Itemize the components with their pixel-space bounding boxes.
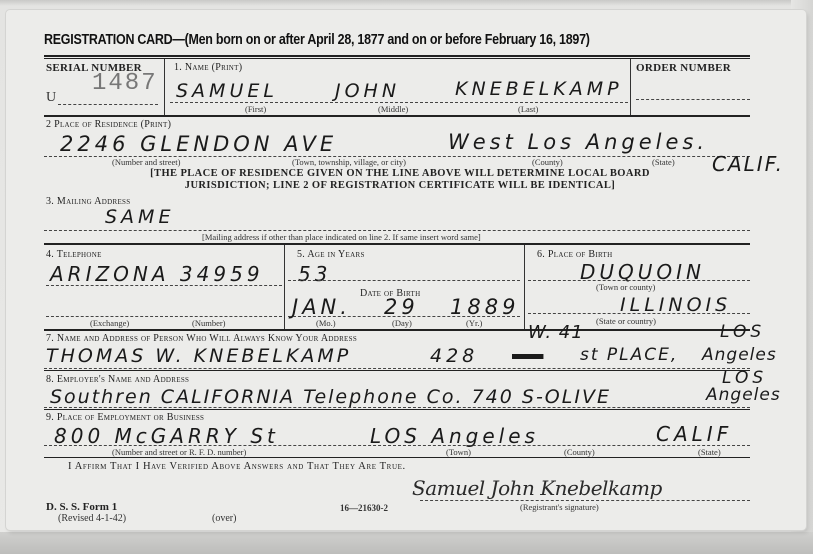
residence-notice-line2: JURISDICTION; LINE 2 OF REGISTRATION CER… (90, 180, 710, 191)
telephone-number-caption: (Number) (192, 318, 226, 328)
contact-label: 7. Name and Address of Person Who Will A… (46, 333, 357, 344)
mailing-value: SAME (105, 206, 174, 228)
telephone-line (46, 285, 282, 286)
name-line (170, 102, 628, 103)
residence-county-caption: (County) (532, 157, 563, 167)
row3-rule (44, 243, 750, 245)
contact-line (44, 368, 750, 369)
telephone-divider (284, 245, 285, 329)
employment-state: CALIF (656, 422, 732, 446)
employment-town-caption: (Town) (446, 447, 471, 457)
birth-town-caption: (Town or county) (596, 282, 655, 292)
employer-value: Southren CALIFORNIA Telephone Co. 740 S-… (50, 386, 611, 408)
name-first-caption: (First) (245, 104, 266, 114)
serial-divider (164, 59, 165, 115)
order-number-field (636, 99, 750, 100)
signature-line (420, 500, 750, 501)
title-rule (44, 55, 750, 57)
contact-city-line2: Angeles (702, 345, 777, 365)
age-line (288, 280, 520, 281)
registrant-signature: Samuel John Knebelkamp (412, 476, 662, 500)
birth-place-label: 6. Place of Birth (537, 249, 612, 260)
employment-state-caption: (State) (698, 447, 721, 457)
mailing-line (44, 230, 750, 231)
employment-line (44, 445, 750, 446)
residence-state-caption: (State) (652, 157, 675, 167)
age-value: 53 (298, 262, 331, 286)
contact-correction: W. 41 (528, 322, 584, 343)
contact-struck-text: ---- (512, 345, 543, 367)
serial-prefix: U (46, 90, 56, 106)
row6-rule (44, 329, 750, 331)
residence-town: West Los Angeles. (448, 130, 708, 154)
serial-number-value: 1487 (92, 70, 158, 97)
form-revised: (Revised 4-1-42) (58, 513, 126, 524)
telephone-label: 4. Telephone (46, 249, 102, 260)
employment-county-caption: (County) (564, 447, 595, 457)
birth-town-line (528, 280, 750, 281)
birth-date-line (288, 316, 520, 317)
name-first: SAMUEL (176, 80, 278, 102)
birth-state-caption: (State or country) (596, 316, 656, 326)
residence-town-caption: (Town, township, village, or city) (292, 157, 406, 167)
residence-street: 2246 GLENDON AVE (60, 132, 337, 156)
form-name: D. S. S. Form 1 (46, 501, 117, 513)
row8-rule (44, 409, 750, 410)
birth-month-caption: (Mo.) (316, 318, 336, 328)
scan-edge-bottom (0, 532, 813, 554)
telephone-value: ARIZONA 34959 (50, 262, 264, 286)
employer-city-line2: Angeles (706, 385, 781, 405)
residence-state: CALIF. (712, 152, 784, 176)
age-divider (524, 245, 525, 329)
affirmation-text: I Affirm That I Have Verified Above Answ… (68, 461, 406, 472)
print-code: 16—21630-2 (340, 503, 388, 513)
name-last-caption: (Last) (518, 104, 538, 114)
signature-caption: (Registrant's signature) (520, 502, 599, 512)
birth-year-caption: (Yr.) (466, 318, 482, 328)
row9-rule (44, 457, 750, 458)
name-label: 1. Name (Print) (174, 62, 242, 73)
contact-name: THOMAS W. KNEBELKAMP (46, 345, 351, 367)
card-title: REGISTRATION CARD—(Men born on or after … (44, 32, 590, 48)
employment-place-label: 9. Place of Employment or Business (46, 412, 204, 423)
name-middle-caption: (Middle) (378, 104, 408, 114)
telephone-line-2 (46, 316, 282, 317)
form-over: (over) (212, 513, 236, 524)
employer-line (44, 407, 750, 408)
residence-notice-line1: [THE PLACE OF RESIDENCE GIVEN ON THE LIN… (90, 168, 710, 179)
contact-house-number: 428 (430, 345, 478, 367)
row1-rule (44, 115, 750, 117)
residence-street-caption: (Number and street) (112, 157, 180, 167)
title-rule-2 (44, 58, 750, 59)
birth-day-caption: (Day) (392, 318, 412, 328)
residence-label: 2 Place of Residence (Print) (46, 119, 171, 130)
row7-rule (44, 370, 750, 371)
serial-line (58, 104, 158, 105)
employment-street-caption: (Number and street or R. F. D. number) (112, 447, 246, 457)
contact-street: st PLACE, (580, 345, 678, 365)
age-label: 5. Age in Years (297, 249, 365, 260)
employer-label: 8. Employer's Name and Address (46, 374, 189, 385)
name-middle: JOHN (335, 80, 400, 102)
birth-state-line (528, 313, 750, 314)
mailing-caption: [Mailing address if other than place ind… (202, 232, 481, 242)
name-last: KNEBELKAMP (455, 78, 623, 100)
order-number-label: ORDER NUMBER (636, 62, 731, 74)
telephone-exchange-caption: (Exchange) (90, 318, 129, 328)
contact-city-line1: LOS (720, 322, 765, 342)
order-divider (630, 59, 631, 115)
